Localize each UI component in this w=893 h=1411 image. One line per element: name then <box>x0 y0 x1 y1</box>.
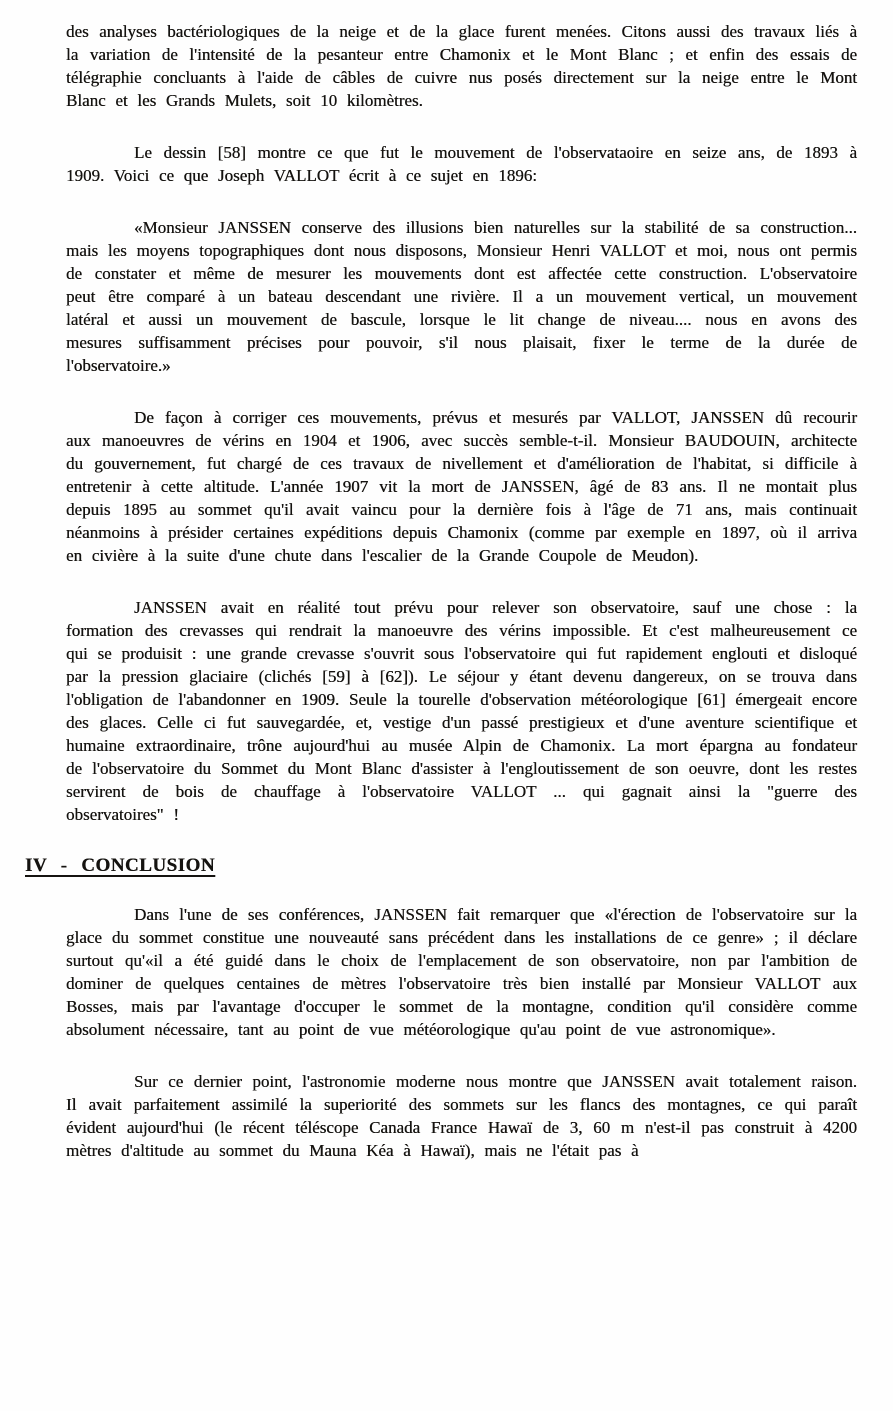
section-heading-conclusion: IV - CONCLUSION <box>25 855 857 877</box>
paragraph: Dans l'une de ses conférences, JANSSEN f… <box>66 903 857 1041</box>
paragraph: De façon à corriger ces mouvements, prév… <box>66 406 857 567</box>
paragraph-quote-vallot: «Monsieur JANSSEN conserve des illusions… <box>66 216 857 377</box>
document-page: des analyses bactériologiques de la neig… <box>0 0 893 1411</box>
paragraph: JANSSEN avait en réalité tout prévu pour… <box>66 596 857 826</box>
paragraph-continuation: des analyses bactériologiques de la neig… <box>66 20 857 112</box>
paragraph: Sur ce dernier point, l'astronomie moder… <box>66 1070 857 1162</box>
paragraph: Le dessin [58] montre ce que fut le mouv… <box>66 141 857 187</box>
